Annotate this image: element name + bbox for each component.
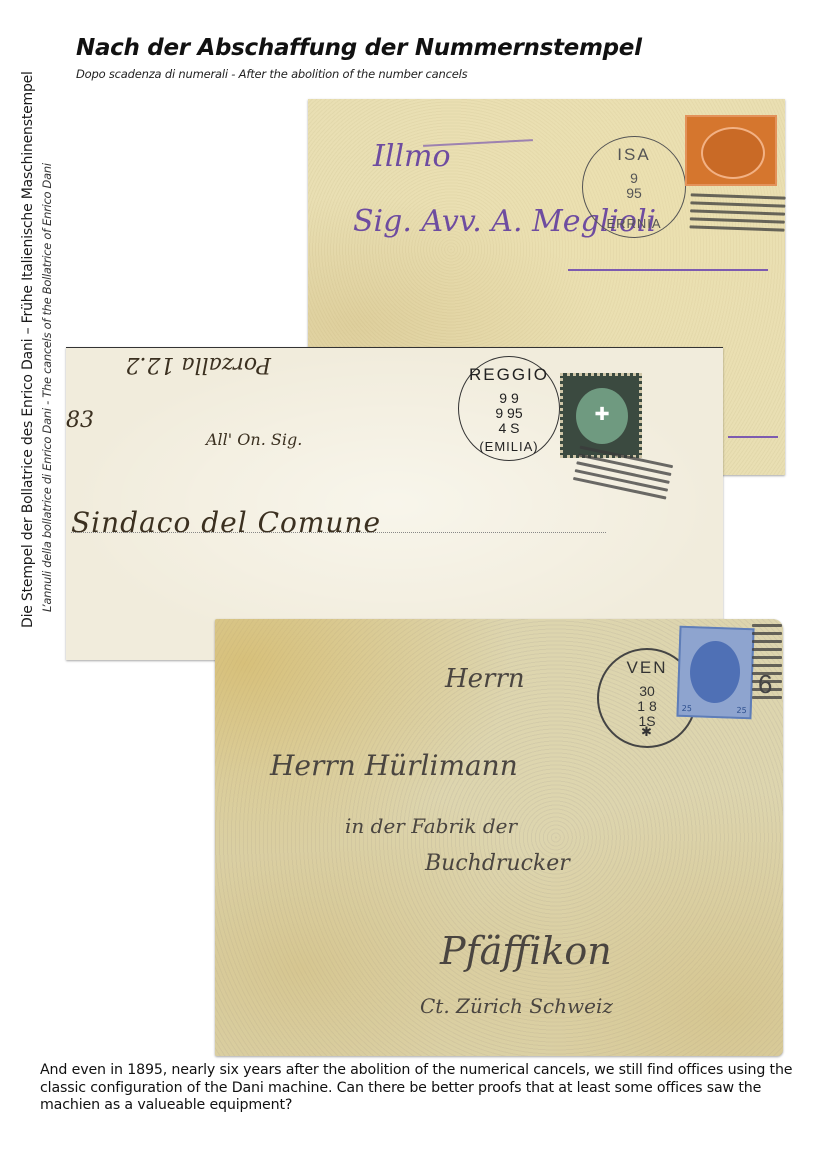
page-subtitle: Dopo scadenza di numerali - After the ab… [76,67,467,81]
postmark-date: 995 [583,171,685,201]
dotted-line [71,532,606,533]
stamp-blue: 25 25 [676,626,754,720]
address-line: Ct. Zürich Schweiz [420,994,613,1018]
address-line: Herrn [445,664,525,694]
address-line: in der Fabrik der [345,814,517,838]
machine-cancel-bars [689,193,785,236]
underline [728,436,778,438]
page-title: Nach der Abschaffung der Nummernstempel [76,35,642,61]
underline [568,269,768,271]
address-line: All' On. Sig. [206,430,302,449]
address-line: Sindaco del Comune [71,506,381,539]
postmark-circle: ISA 995 ERRNIA [582,136,686,238]
stamp-orange [685,115,777,186]
address-line: Pfäffikon [440,929,612,973]
stamp-green: ✚ [560,373,642,458]
postmark-date: 9 99 954 S [459,391,559,436]
machine-number: 9 [758,668,772,699]
corner-note: Porzalla 12.2 [125,352,271,377]
address-line: Buchdrucker [425,851,570,876]
side-caption-main: Die Stempel der Bollatrice des Enrico Da… [20,71,36,628]
postmark-circle: REGGIO 9 99 954 S (EMILIA) [458,356,560,461]
body-paragraph: And even in 1895, nearly six years after… [40,1062,800,1115]
side-caption-sub: L’annuli della bollatrice di Enrico Dani… [40,163,54,612]
address-line: Herrn Hürlimann [270,749,518,782]
corner-note: 83 [66,408,94,433]
